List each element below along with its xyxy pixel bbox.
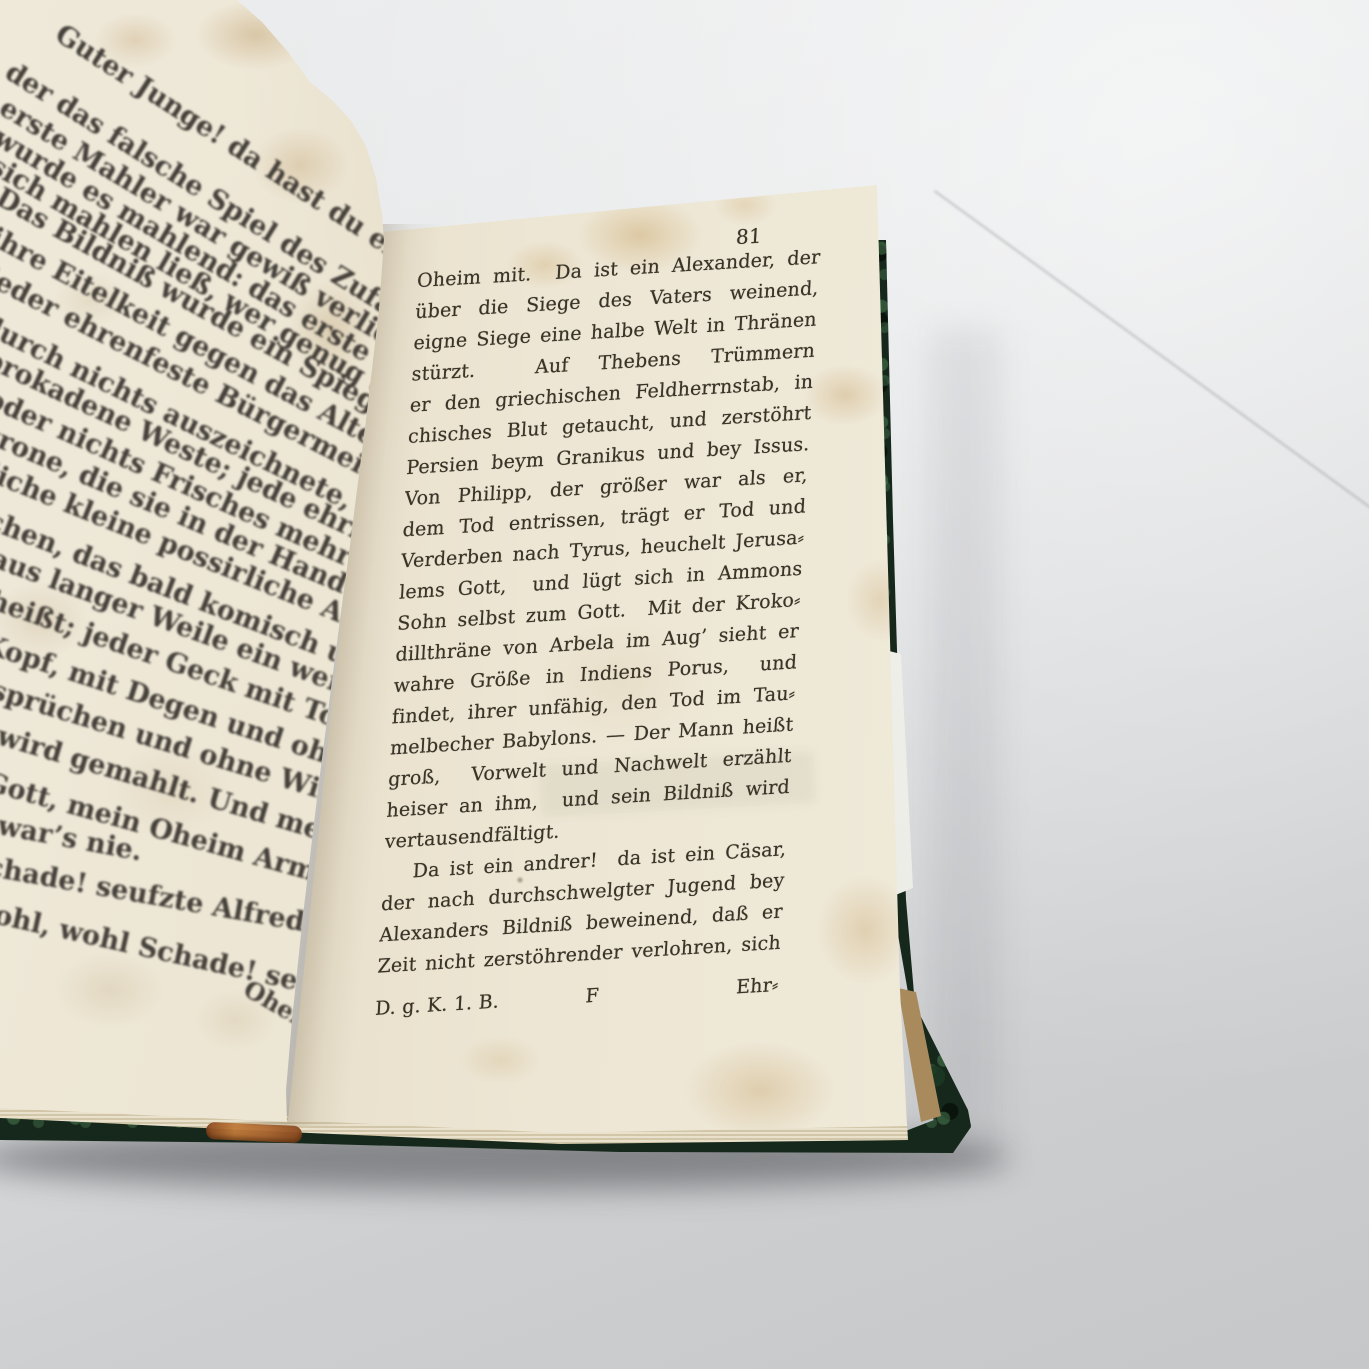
page-number: 81 bbox=[735, 220, 816, 249]
right-page-lines: Oheim mit. Da ist ein Alexander, derüber… bbox=[377, 242, 822, 983]
book-shadow-right bbox=[930, 330, 1000, 1160]
photo-of-open-book: 81 Oheim mit. Da ist ein Alexander, derü… bbox=[0, 0, 1369, 1369]
right-page-text: 81 Oheim mit. Da ist ein Alexander, derü… bbox=[374, 242, 821, 1021]
